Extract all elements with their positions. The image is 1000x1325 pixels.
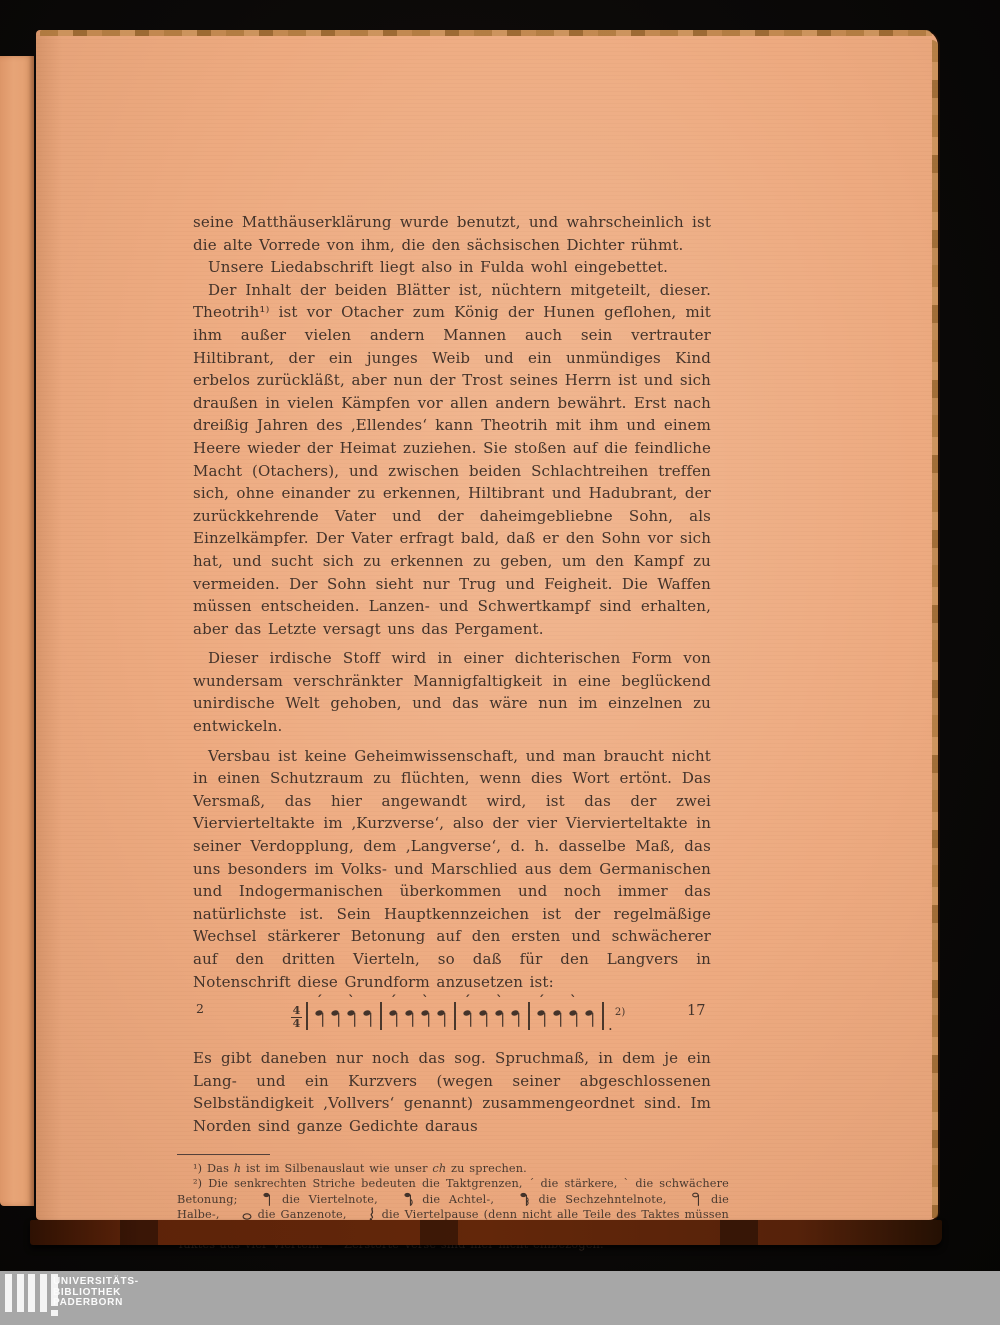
accent-acute-icon: ´ — [316, 997, 323, 1007]
paragraph: Der Inhalt der beiden Blätter ist, nücht… — [193, 279, 711, 641]
quarter-note-icon: ` — [495, 1009, 505, 1029]
paragraph: Unsere Liedabschrift liegt also in Fulda… — [193, 256, 711, 279]
footnote-1: ¹) Das h ist im Silbenauslaut wie unser … — [177, 1162, 729, 1177]
quarter-note-icon: ´ — [315, 1009, 325, 1029]
quarter-note-icon — [553, 1009, 563, 1029]
quarter-note-icon — [246, 1192, 273, 1208]
text-block: seine Matthäuserklärung wurde benutzt, u… — [193, 211, 711, 1253]
bar-line-icon — [454, 1002, 456, 1030]
signature-mark: 2 — [196, 1001, 204, 1016]
quarter-note-icon — [585, 1009, 595, 1029]
accent-grave-icon: ` — [570, 997, 577, 1007]
quarter-note-icon — [331, 1009, 341, 1029]
quarter-note-icon — [511, 1009, 521, 1029]
accent-acute-icon: ´ — [390, 997, 397, 1007]
quarter-note-icon — [363, 1009, 373, 1029]
eighth-note-icon — [387, 1192, 414, 1208]
paragraph: Es gibt daneben nur noch das sog. Spruch… — [193, 1047, 711, 1137]
accent-grave-icon: ` — [496, 997, 503, 1007]
bar-line-icon — [528, 1002, 530, 1030]
accent-grave-icon: ` — [422, 997, 429, 1007]
book-scan-photo: { "scan": { "signature_mark": "2", "page… — [0, 0, 1000, 1325]
quarter-note-icon: ` — [421, 1009, 431, 1029]
footnote-rule — [177, 1154, 270, 1155]
book-bottom-edge — [30, 1220, 942, 1245]
accent-acute-icon: ´ — [538, 997, 545, 1007]
facing-page-sliver — [0, 56, 34, 1206]
terminal-period: . — [608, 1020, 613, 1030]
library-watermark-banner: UNIVERSITÄTS- BIBLIOTHEK PADERBORN — [0, 1271, 1000, 1325]
watermark-text: UNIVERSITÄTS- BIBLIOTHEK PADERBORN — [53, 1277, 139, 1309]
book-page: seine Matthäuserklärung wurde benutzt, u… — [36, 30, 938, 1220]
watermark-line3: PADERBORN — [53, 1298, 139, 1309]
paragraph: Versbau ist keine Geheimwissenschaft, un… — [193, 745, 711, 994]
accent-grave-icon: ` — [348, 997, 355, 1007]
music-footnote-ref: 2) — [615, 1002, 626, 1025]
sixteenth-note-icon — [503, 1192, 530, 1208]
quarter-note-icon: ` — [347, 1009, 357, 1029]
quarter-note-icon: ´ — [389, 1009, 399, 1029]
watermark-line1: UNIVERSITÄTS- — [53, 1277, 139, 1288]
ub-paderborn-logo-icon — [5, 1274, 58, 1322]
page-number: 17 — [687, 1003, 705, 1019]
bar-line-icon — [306, 1002, 308, 1030]
bar-line-icon — [380, 1002, 382, 1030]
quarter-note-icon: ` — [569, 1009, 579, 1029]
quarter-note-icon — [405, 1009, 415, 1029]
half-note-icon — [675, 1192, 702, 1208]
paragraph: seine Matthäuserklärung wurde benutzt, u… — [193, 211, 711, 256]
quarter-note-icon: ´ — [537, 1009, 547, 1029]
quarter-note-icon — [437, 1009, 447, 1029]
paragraph: Dieser irdische Stoff wird in einer dich… — [193, 647, 711, 737]
quarter-note-icon: ´ — [463, 1009, 473, 1029]
accent-acute-icon: ´ — [464, 997, 471, 1007]
bar-line-icon — [602, 1002, 604, 1030]
music-notation-line: 44´`´`´`´`.2) — [291, 999, 711, 1039]
time-signature: 44 — [291, 1006, 302, 1029]
quarter-note-icon — [479, 1009, 489, 1029]
